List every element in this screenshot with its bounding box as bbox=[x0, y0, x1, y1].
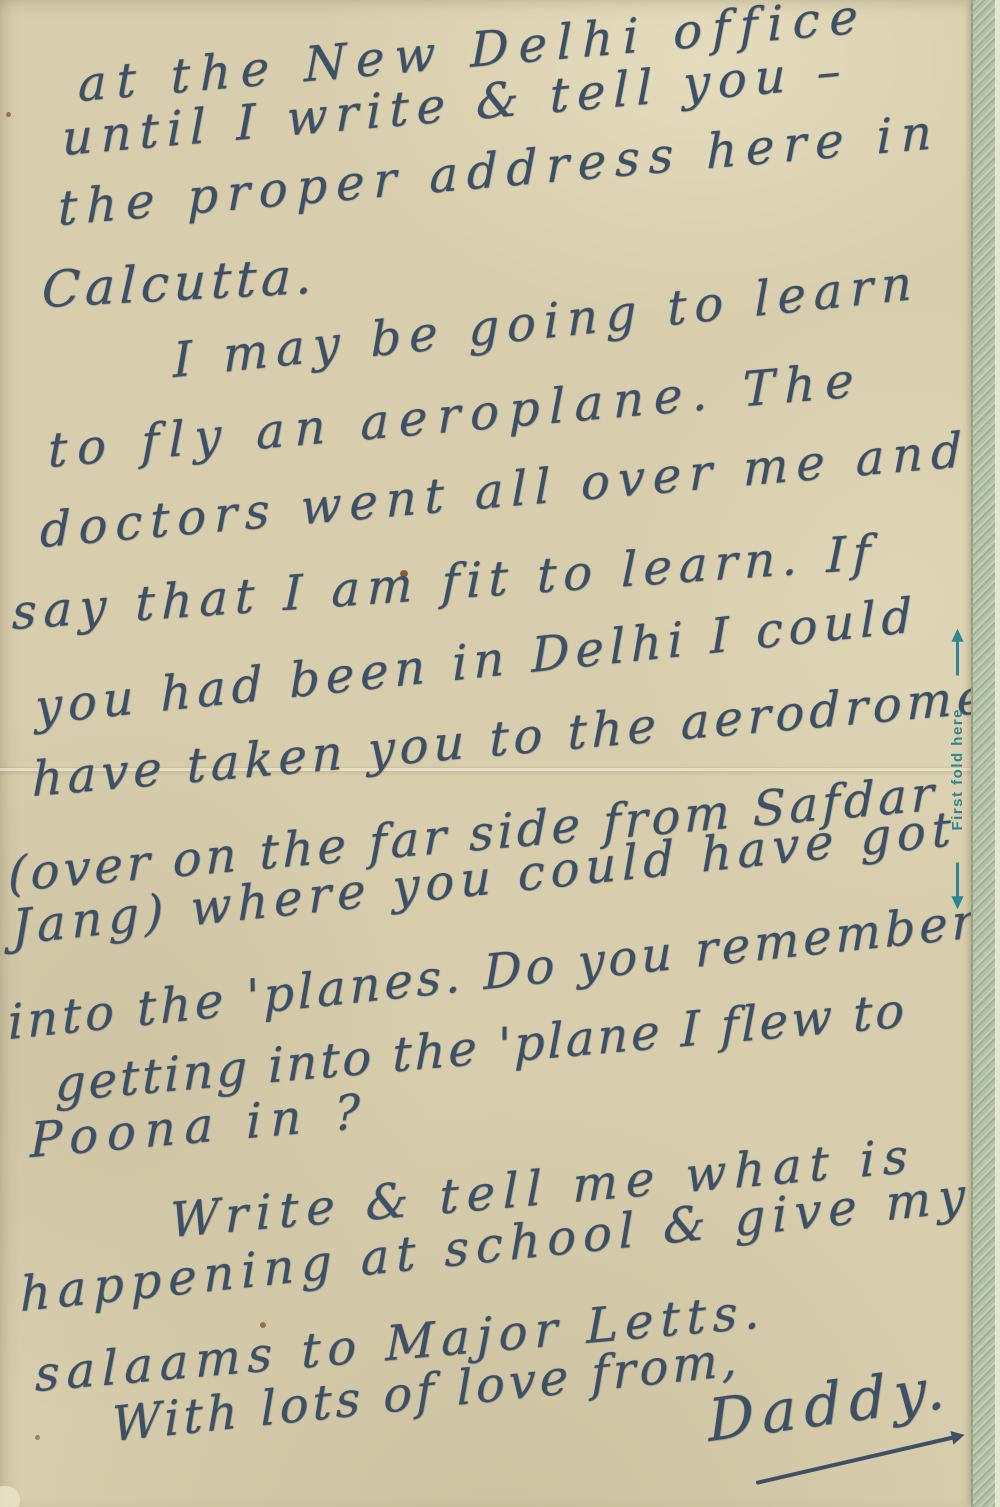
letter-line-4: Calcutta. bbox=[41, 248, 318, 320]
fold-marker-label: First fold here bbox=[949, 708, 966, 831]
paper-stain bbox=[35, 1435, 40, 1440]
letter-page: at the New Delhi office until I write & … bbox=[0, 0, 1000, 1507]
paper-stain bbox=[0, 1486, 20, 1507]
signature: Daddy. bbox=[706, 1354, 954, 1455]
page-edge-strip bbox=[971, 0, 1000, 1507]
fold-up-arrow-icon bbox=[950, 628, 965, 678]
fold-down-arrow-icon bbox=[950, 860, 965, 910]
paper-stain bbox=[6, 112, 11, 117]
